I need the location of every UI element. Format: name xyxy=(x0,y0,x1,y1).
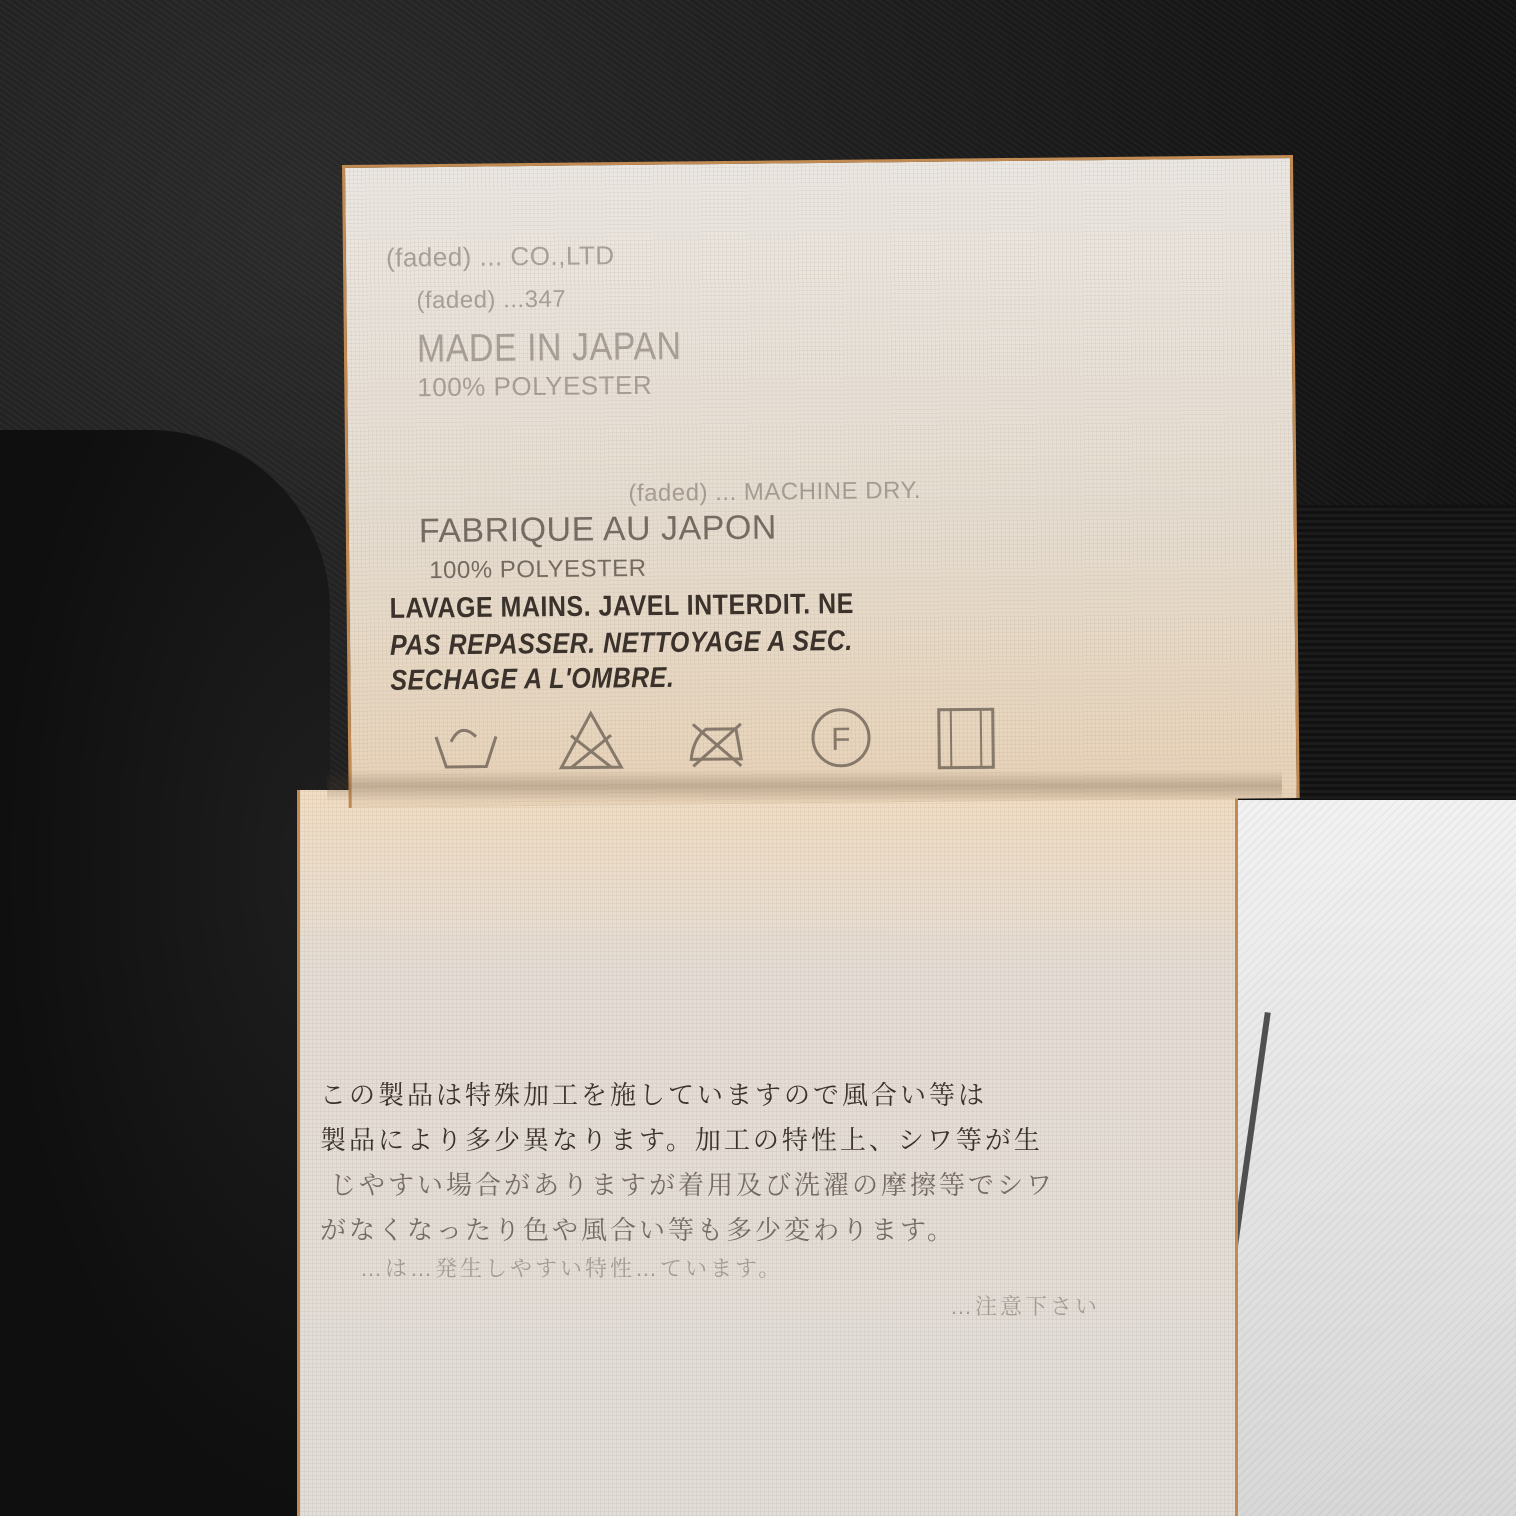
care-fr-line-3: SECHAGE A L'OMBRE. xyxy=(390,662,674,698)
line-dry-icon xyxy=(931,701,1002,772)
label-fold xyxy=(327,770,1282,802)
brand-line: (faded) ... CO.,LTD xyxy=(386,240,615,273)
garment-fold xyxy=(0,430,330,1516)
hand-wash-icon xyxy=(431,706,502,777)
care-fr-line-2: PAS REPASSER. NETTOYAGE A SEC. xyxy=(390,625,853,663)
svg-text:F: F xyxy=(831,721,851,757)
jp-line-1: この製品は特殊加工を施していますので風合い等は xyxy=(320,1075,987,1112)
care-fr-line-1: LAVAGE MAINS. JAVEL INTERDIT. NE xyxy=(389,588,854,626)
dry-clean-f-icon: F xyxy=(806,702,877,773)
jp-line-5: …は…発生しやすい特性…ています。 xyxy=(360,1252,783,1283)
fabrique-au-japon: FABRIQUE AU JAPON xyxy=(419,508,777,551)
care-text-en: (faded) ... MACHINE DRY. xyxy=(628,477,921,508)
jp-line-4: がなくなったり色や風合い等も多少変わります。 xyxy=(320,1210,956,1247)
jp-line-6: …注意下さい xyxy=(950,1290,1100,1321)
care-symbols: F xyxy=(431,701,1002,777)
no-iron-icon xyxy=(681,704,752,775)
no-bleach-triangle-icon xyxy=(556,705,627,776)
care-label: この製品は特殊加工を施していますので風合い等は 製品により多少異なります。加工の… xyxy=(297,165,1287,1516)
care-label-lower-panel: この製品は特殊加工を施していますので風合い等は 製品により多少異なります。加工の… xyxy=(297,790,1238,1516)
jp-line-3: じやすい場合がありますが着用及び洗濯の摩擦等でシワ xyxy=(330,1165,1055,1202)
style-number: (faded) ...347 xyxy=(416,286,566,316)
care-label-upper-panel: (faded) ... CO.,LTD (faded) ...347 MADE … xyxy=(342,155,1300,808)
composition-en: 100% POLYESTER xyxy=(417,370,652,403)
composition-fr: 100% POLYESTER xyxy=(429,555,647,585)
made-in-japan: MADE IN JAPAN xyxy=(417,324,682,372)
jp-line-2: 製品により多少異なります。加工の特性上、シワ等が生 xyxy=(320,1120,1043,1157)
